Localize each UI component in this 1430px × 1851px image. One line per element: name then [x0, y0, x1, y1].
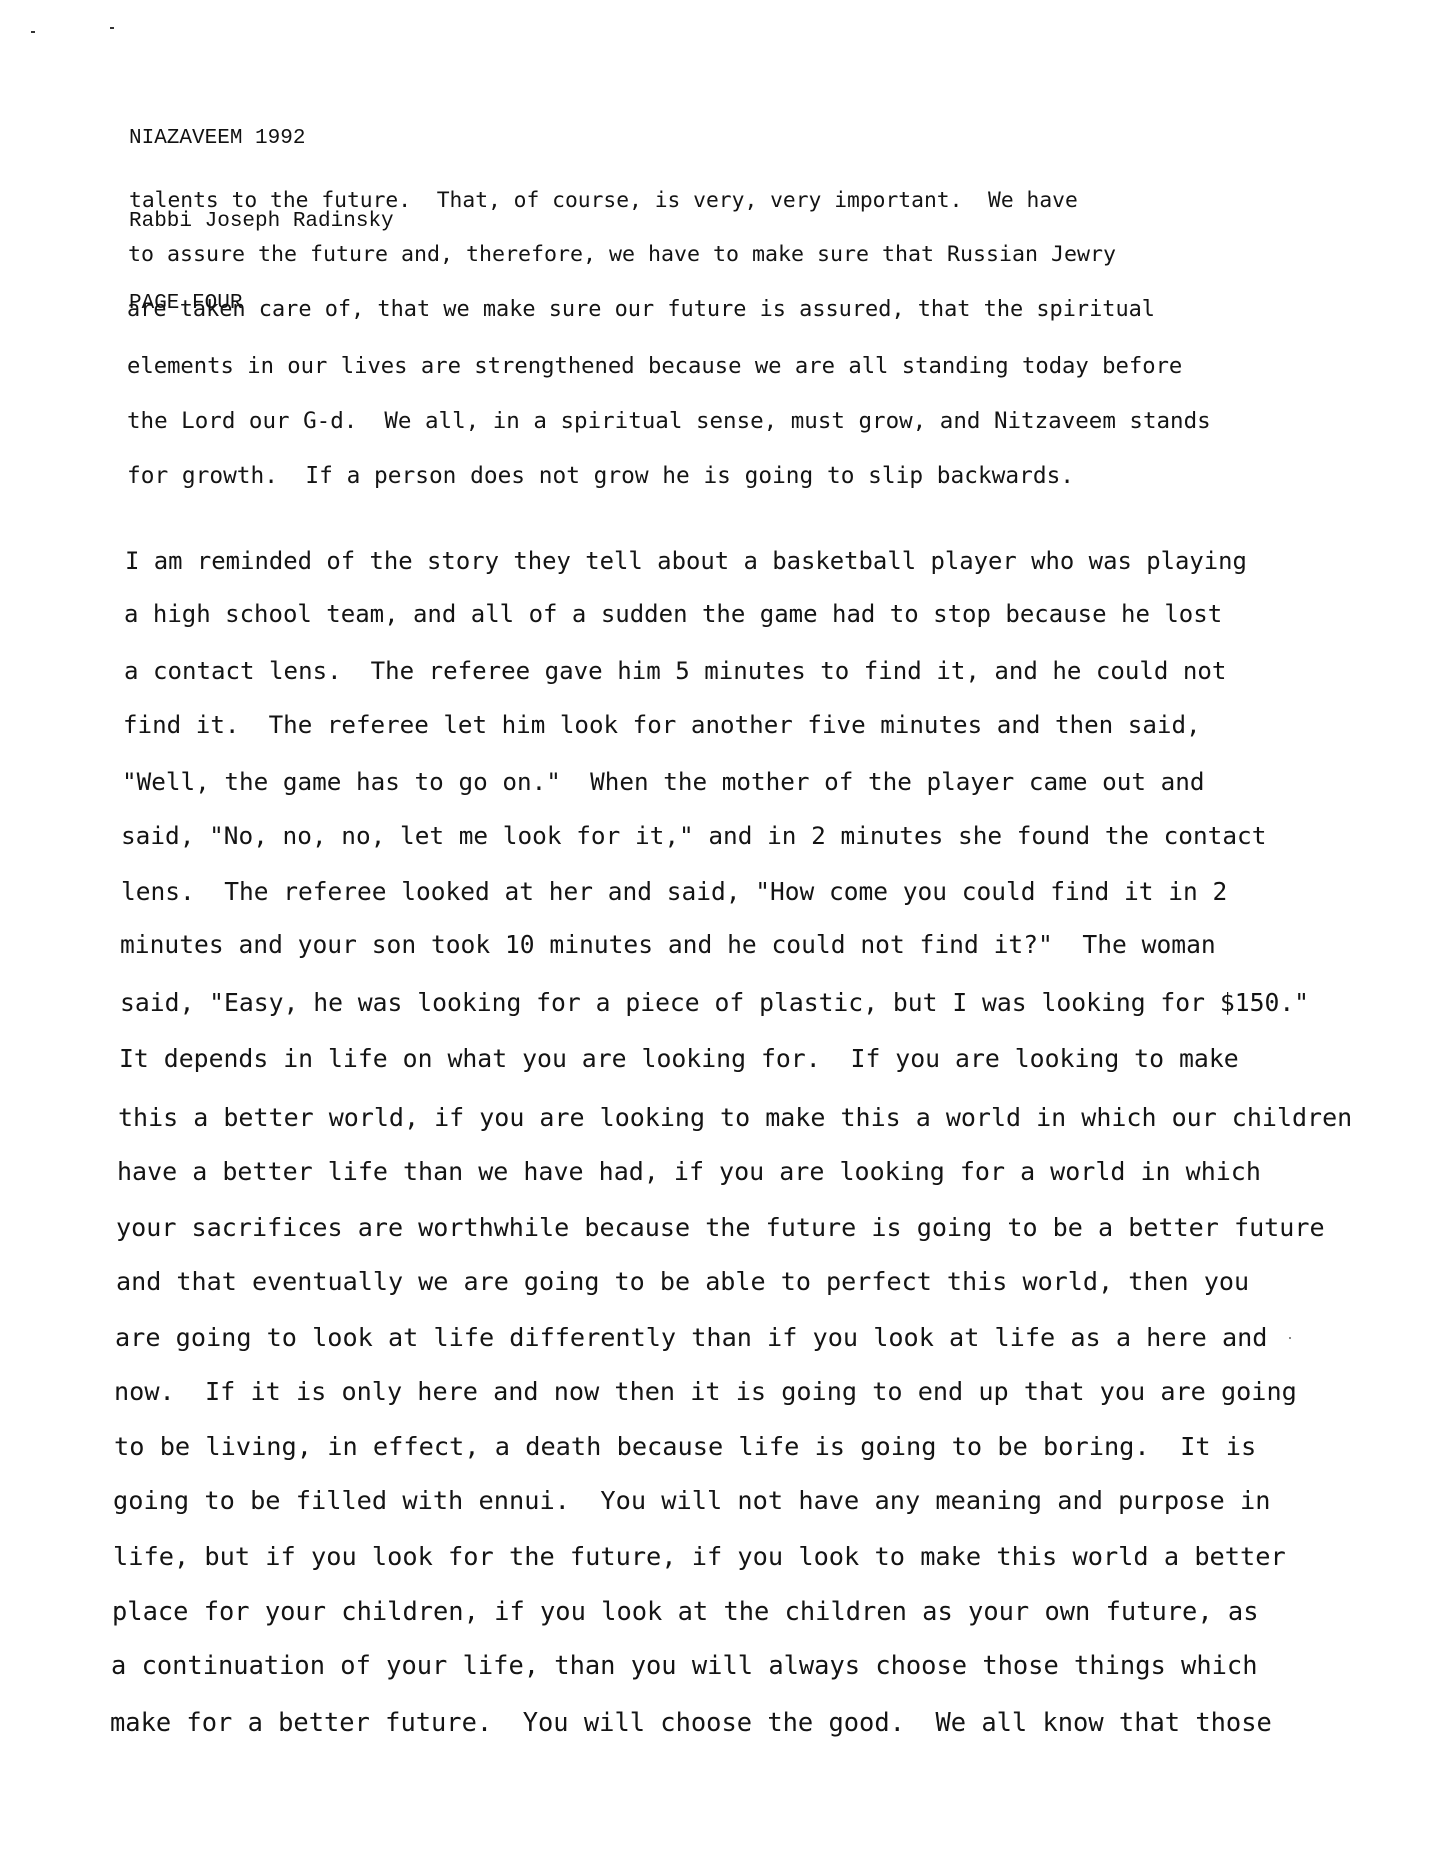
- text-line: I am reminded of the story they tell abo…: [125, 550, 1247, 574]
- scan-speck: [110, 27, 114, 29]
- text-line: a contact lens. The referee gave him 5 m…: [124, 659, 1226, 683]
- text-line: going to be filled with ennui. You will …: [113, 1488, 1270, 1513]
- text-line: to be living, in effect, a death because…: [114, 1434, 1256, 1459]
- text-line: are going to look at life differently th…: [115, 1325, 1267, 1350]
- text-line: this a better world, if you are looking …: [118, 1105, 1352, 1130]
- text-line: It depends in life on what you are looki…: [119, 1047, 1239, 1072]
- scan-speck: [1289, 1337, 1291, 1339]
- text-line: life, but if you look for the future, if…: [113, 1544, 1286, 1569]
- text-line: for growth. If a person does not grow he…: [127, 465, 1074, 488]
- text-line: a continuation of your life, than you wi…: [111, 1653, 1257, 1678]
- text-line: to assure the future and, therefore, we …: [128, 244, 1116, 266]
- text-line: lens. The referee looked at her and said…: [121, 880, 1227, 905]
- text-line: are taken care of, that we make sure our…: [127, 299, 1155, 321]
- text-line: and that eventually we are going to be a…: [116, 1269, 1249, 1294]
- text-line: a high school team, and all of a sudden …: [124, 602, 1222, 626]
- document-header: NIAZAVEEM 1992 Rabbi Joseph Radinsky PAG…: [129, 70, 394, 373]
- scan-speck: [31, 31, 35, 33]
- text-line: find it. The referee let him look for an…: [123, 713, 1201, 737]
- text-line: talents to the future. That, of course, …: [129, 190, 1078, 211]
- text-line: minutes and your son took 10 minutes and…: [120, 933, 1216, 958]
- text-line: make for a better future. You will choos…: [110, 1710, 1272, 1735]
- scanned-document-page: NIAZAVEEM 1992 Rabbi Joseph Radinsky PAG…: [0, 0, 1430, 1851]
- text-line: have a better life than we have had, if …: [117, 1159, 1261, 1184]
- text-line: "Well, the game has to go on." When the …: [122, 770, 1204, 794]
- text-line: now. If it is only here and now then it …: [114, 1379, 1297, 1404]
- document-title: NIAZAVEEM 1992: [129, 125, 394, 153]
- text-line: said, "Easy, he was looking for a piece …: [120, 991, 1309, 1016]
- text-line: the Lord our G-d. We all, in a spiritual…: [127, 410, 1211, 433]
- text-line: said, "No, no, no, let me look for it," …: [121, 824, 1266, 848]
- text-line: place for your children, if you look at …: [112, 1599, 1258, 1624]
- text-line: your sacrifices are worthwhile because t…: [116, 1215, 1325, 1240]
- text-line: elements in our lives are strengthened b…: [127, 355, 1182, 377]
